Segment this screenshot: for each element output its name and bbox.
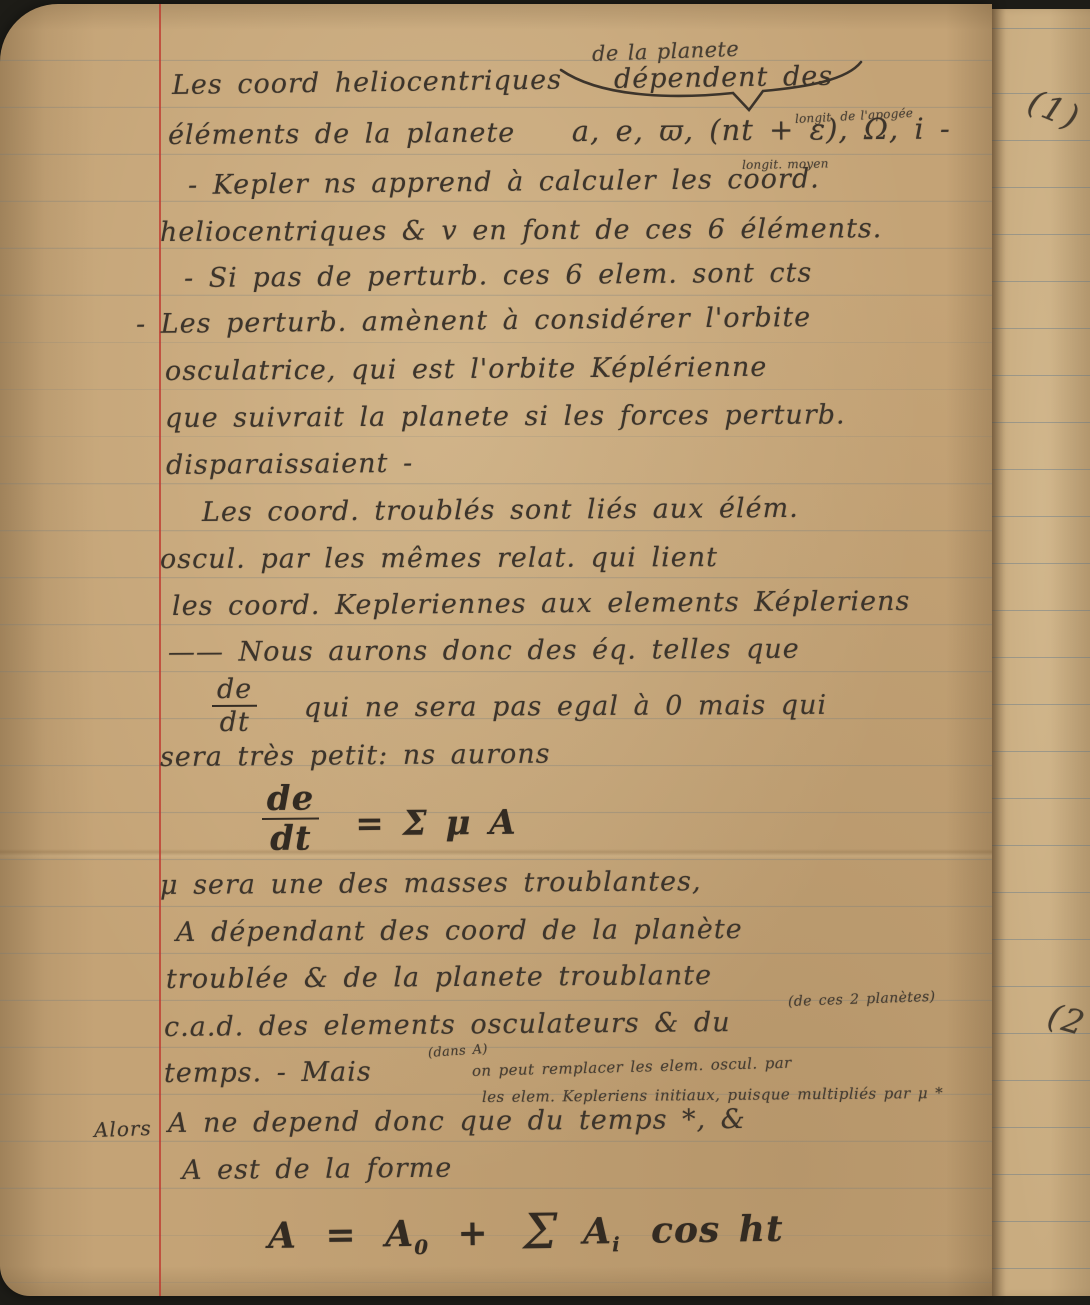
margin-word-alors: Alors — [94, 1116, 153, 1142]
next-page-edge — [992, 9, 1090, 1296]
eq2-a0-sub: 0 — [414, 1235, 429, 1259]
eq2-ai-sub: i — [612, 1232, 621, 1256]
eq1-rhs: = Σ μ A — [355, 803, 517, 844]
eq2-a0: A — [385, 1213, 415, 1255]
manuscript-line-8: que suivrait la planete si les forces pe… — [165, 399, 846, 434]
manuscript-line-19: c.a.d. des elements osculateurs & du — [164, 1007, 731, 1043]
eq1-numerator: de — [262, 782, 320, 820]
manuscript-line-9: disparaissaient - — [166, 448, 413, 481]
fraction-numerator: de — [212, 676, 257, 707]
eq1-fraction: de dt — [262, 782, 320, 856]
line1-before: Les coord heliocentriques — [172, 65, 562, 101]
orbital-elements-math: a, e, ϖ, (nt + ε), Ω, i - — [572, 112, 951, 149]
manuscript-line-11: oscul. par les mêmes relat. qui lient — [160, 542, 718, 575]
line2-words: éléments de la planete — [168, 118, 515, 151]
manuscript-line-21: A ne depend donc que du temps *, & — [168, 1104, 746, 1139]
manuscript-line-12: les coord. Kepleriennes aux elements Kép… — [172, 586, 911, 622]
manuscript-line-15: sera très petit: ns aurons — [160, 739, 551, 773]
eq2-equals: = — [325, 1214, 357, 1256]
line14-text: qui ne sera pas egal à 0 mais qui — [304, 690, 827, 724]
manuscript-line-2: éléments de la planete a, e, ϖ, (nt + ε)… — [168, 112, 951, 151]
red-margin-line — [159, 4, 161, 1296]
manuscript-line-17: A dépendant des coord de la planète — [176, 914, 743, 948]
eq2-trail: cos ht — [651, 1208, 784, 1252]
equation-a-series: A = A0 + Σ Ai cos ht — [268, 1201, 784, 1264]
manuscript-line-7: osculatrice, qui est l'orbite Képlérienn… — [165, 352, 768, 387]
eq2-sum-icon: Σ — [523, 1204, 559, 1260]
manuscript-line-14: de dt qui ne sera pas egal à 0 mais qui — [212, 673, 827, 736]
fraction-denominator: dt — [212, 707, 257, 736]
manuscript-line-22: A est de la forme — [182, 1153, 453, 1186]
manuscript-line-5: - Si pas de perturb. ces 6 elem. sont ct… — [184, 258, 813, 294]
eq1-denominator: dt — [262, 819, 320, 855]
derivative-fraction: de dt — [212, 676, 258, 736]
insertion-caret — [562, 88, 614, 89]
equation-de-dt: de dt = Σ μ A — [262, 780, 517, 856]
manuscript-photo: de la planete Les coord heliocentriquesd… — [0, 0, 1090, 1305]
manuscript-line-10: Les coord. troublés sont liés aux élém. — [202, 493, 799, 528]
manuscript-line-16: μ sera une des masses troublantes, — [160, 866, 702, 901]
eq2-ai: A — [583, 1210, 613, 1252]
eq2-lhs: A — [268, 1215, 298, 1257]
eq2-plus: + — [457, 1212, 489, 1254]
manuscript-line-13: —— Nous aurons donc des éq. telles que — [168, 634, 800, 668]
manuscript-line-20: temps. - Mais — [164, 1057, 372, 1089]
manuscript-line-4: heliocentriques & v en font de ces 6 élé… — [160, 213, 882, 248]
manuscript-line-18: troublée & de la planete troublante — [166, 960, 712, 995]
manuscript-line-3: - Kepler ns apprend à calculer les coord… — [188, 163, 820, 201]
line1-after: dépendent des — [614, 61, 834, 95]
